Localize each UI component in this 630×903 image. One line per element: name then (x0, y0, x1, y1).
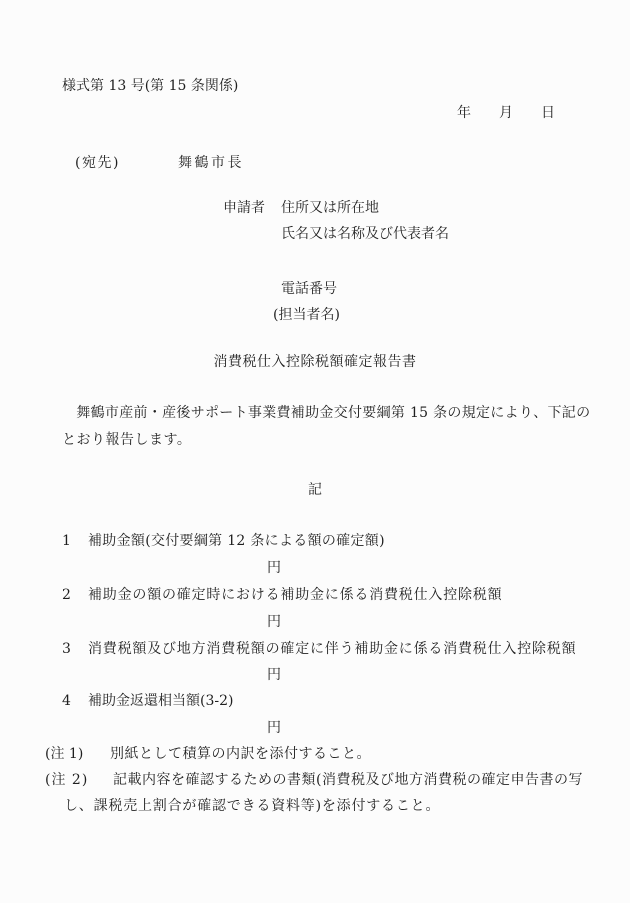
item-1-number: 1 (62, 533, 71, 550)
item-2-text: 補助金の額の確定時における補助金に係る消費税仕入控除税額 (88, 587, 502, 604)
body-paragraph-line2: とおり報告します。 (62, 432, 191, 449)
document-page: 様式第 13 号(第 15 条関係) 年 月 日 (宛先) 舞鶴市長 申請者 住… (0, 0, 630, 903)
item-3-number: 3 (62, 641, 71, 658)
note-1-label: (注 1) (45, 746, 83, 763)
document-title: 消費税仕入控除税額確定報告書 (0, 354, 630, 371)
item-1-unit-yen: 円 (267, 560, 281, 577)
record-marker: 記 (0, 482, 630, 499)
applicant-phone-label: 電話番号 (281, 281, 337, 298)
item-4-unit-yen: 円 (267, 720, 281, 737)
item-3-unit-yen: 円 (267, 667, 281, 684)
note-2-label: (注 2) (45, 772, 88, 789)
date-line: 年 月 日 (457, 105, 555, 122)
item-3-text: 消費税額及び地方消費税額の確定に伴う補助金に係る消費税仕入控除税額 (88, 641, 576, 658)
applicant-address-label: 住所又は所在地 (281, 200, 379, 217)
item-2-number: 2 (62, 587, 71, 604)
addressee-name: 舞鶴市長 (178, 155, 244, 172)
applicant-contact-label: (担当者名) (273, 307, 340, 324)
form-number: 様式第 13 号(第 15 条関係) (62, 78, 238, 95)
body-paragraph-line1: 舞鶴市産前・産後サポート事業費補助金交付要綱第 15 条の規定により、下記の (62, 405, 590, 422)
item-4-number: 4 (62, 693, 71, 710)
addressee-prefix: (宛先) (75, 155, 120, 172)
applicant-label: 申請者 (223, 200, 265, 217)
item-1-text: 補助金額(交付要綱第 12 条による額の確定額) (88, 533, 385, 550)
item-2-unit-yen: 円 (267, 614, 281, 631)
note-2-text-line1: 記載内容を確認するための書類(消費税及び地方消費税の確定申告書の写 (113, 772, 583, 789)
applicant-name-label: 氏名又は名称及び代表者名 (281, 226, 449, 243)
note-2-text-line2: し、課税売上割合が確認できる資料等)を添付すること。 (64, 798, 440, 815)
note-1-text: 別紙として積算の内訳を添付すること。 (110, 746, 371, 763)
item-4-text: 補助金返還相当額(3-2) (88, 693, 233, 710)
